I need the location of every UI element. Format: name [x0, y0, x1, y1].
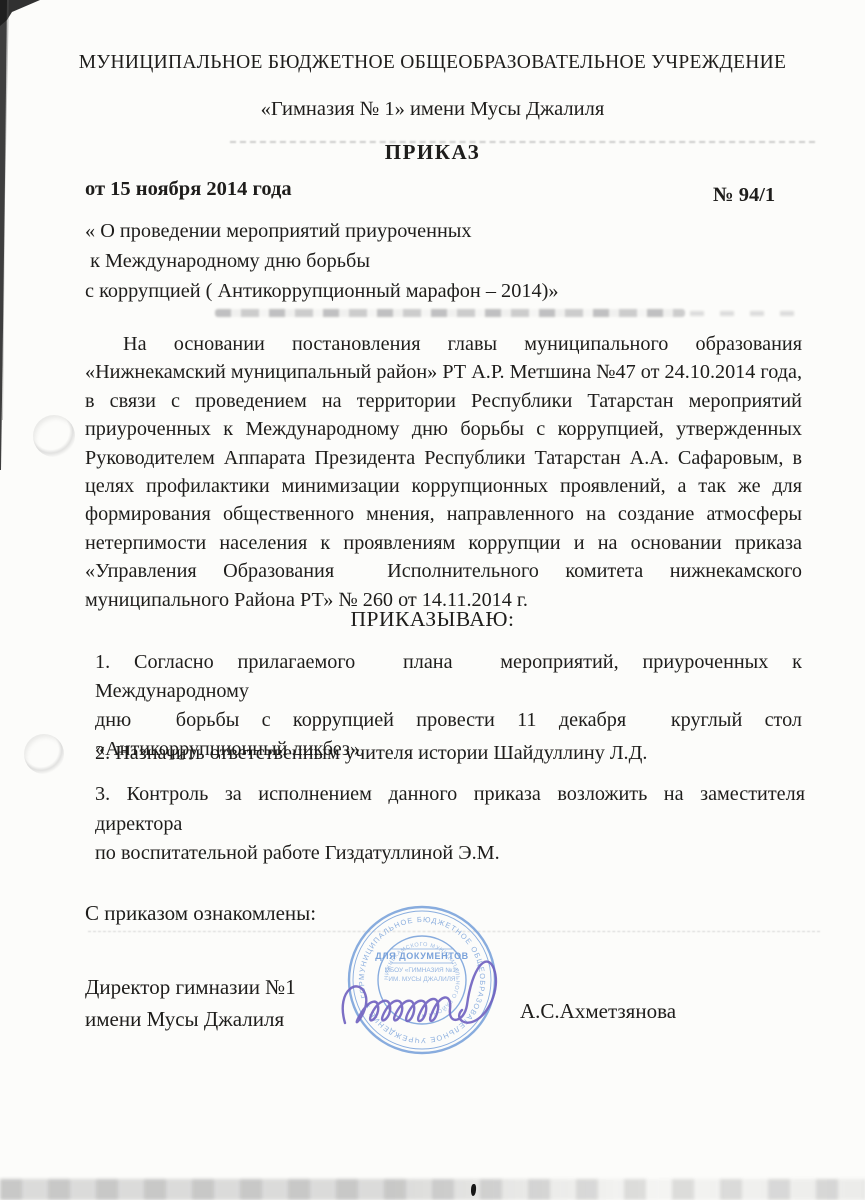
text-line: 1. Согласно прилагаемого плана мероприят…	[95, 648, 802, 706]
text-line: целях профилактики минимизации коррупцио…	[85, 472, 802, 500]
text-line: с коррупцией ( Антикоррупционный марафон…	[85, 276, 685, 306]
text-line: нетерпимости населения к проявлениям кор…	[85, 529, 802, 557]
text-line: « О проведении мероприятий приуроченных	[85, 216, 685, 246]
text-line: «Управления Образования Исполнительного …	[85, 557, 802, 585]
order-subject: « О проведении мероприятий приуроченных …	[85, 216, 685, 306]
order-item-2: 2. Назначить ответственным учителя истор…	[95, 739, 802, 768]
bleed-through-text-strip-tail	[690, 311, 810, 316]
signer-role-line2: имени Мусы Джалиля	[85, 1003, 296, 1035]
order-item-3: 3. Контроль за исполнением данного прика…	[95, 780, 805, 869]
text-line: На основании постановления главы муницип…	[85, 330, 802, 358]
text-line: формирования общественного мнения, напра…	[85, 500, 802, 528]
stamp-center-line2: МБОУ «ГИМНАЗИЯ №1»	[385, 967, 460, 974]
text-line: Руководителем Аппарата Президента Респуб…	[85, 444, 802, 472]
text-line: 2. Назначить ответственным учителя истор…	[95, 739, 802, 768]
official-stamp-and-signature: МУНИЦИПАЛЬНОЕ БЮДЖЕТНОЕ ОБЩЕОБРАЗОВАТЕЛЬ…	[315, 893, 560, 1083]
text-line: дню борьбы с коррупцией провести 11 дека…	[95, 706, 802, 735]
document-title: ПРИКАЗ	[0, 140, 865, 165]
document-date: от 15 ноября 2014 года	[85, 178, 292, 201]
stamp-center-line3: ИМ. МУСЫ ДЖАЛИЛЯ	[388, 976, 456, 983]
text-line: приуроченных к Международному дню борьбы…	[85, 415, 802, 443]
signer-role: Директор гимназии №1 имени Мусы Джалиля	[85, 971, 296, 1035]
acknowledged-label: С приказом ознакомлены:	[85, 901, 316, 926]
stamp-center-line1: ДЛЯ ДОКУМЕНТОВ	[375, 951, 469, 961]
organization-name-line1: МУНИЦИПАЛЬНОЕ БЮДЖЕТНОЕ ОБЩЕОБРАЗОВАТЕЛЬ…	[0, 52, 865, 74]
text-line: 3. Контроль за исполнением данного прика…	[95, 780, 805, 839]
scanned-order-document: МУНИЦИПАЛЬНОЕ БЮДЖЕТНОЕ ОБЩЕОБРАЗОВАТЕЛЬ…	[0, 0, 865, 1200]
order-preamble: На основании постановления главы муницип…	[85, 330, 802, 614]
text-line: по воспитательной работе Гиздатуллиной Э…	[95, 839, 805, 869]
text-line: в связи с проведением на территории Респ…	[85, 387, 802, 415]
organization-name-line2: «Гимназия № 1» имени Мусы Джалиля	[0, 98, 865, 121]
order-verb-heading: ПРИКАЗЫВАЮ:	[0, 607, 865, 632]
document-number: № 94/1	[713, 184, 775, 207]
punch-hole	[24, 734, 64, 774]
text-line: к Международному дню борьбы	[85, 246, 685, 276]
bleed-through-text-strip	[215, 309, 685, 317]
signer-role-line1: Директор гимназии №1	[85, 971, 296, 1003]
punch-hole	[33, 415, 75, 457]
text-line: «Нижнекамский муниципальный район» РТ А.…	[85, 358, 802, 386]
scan-bottom-smudge	[0, 1179, 865, 1200]
